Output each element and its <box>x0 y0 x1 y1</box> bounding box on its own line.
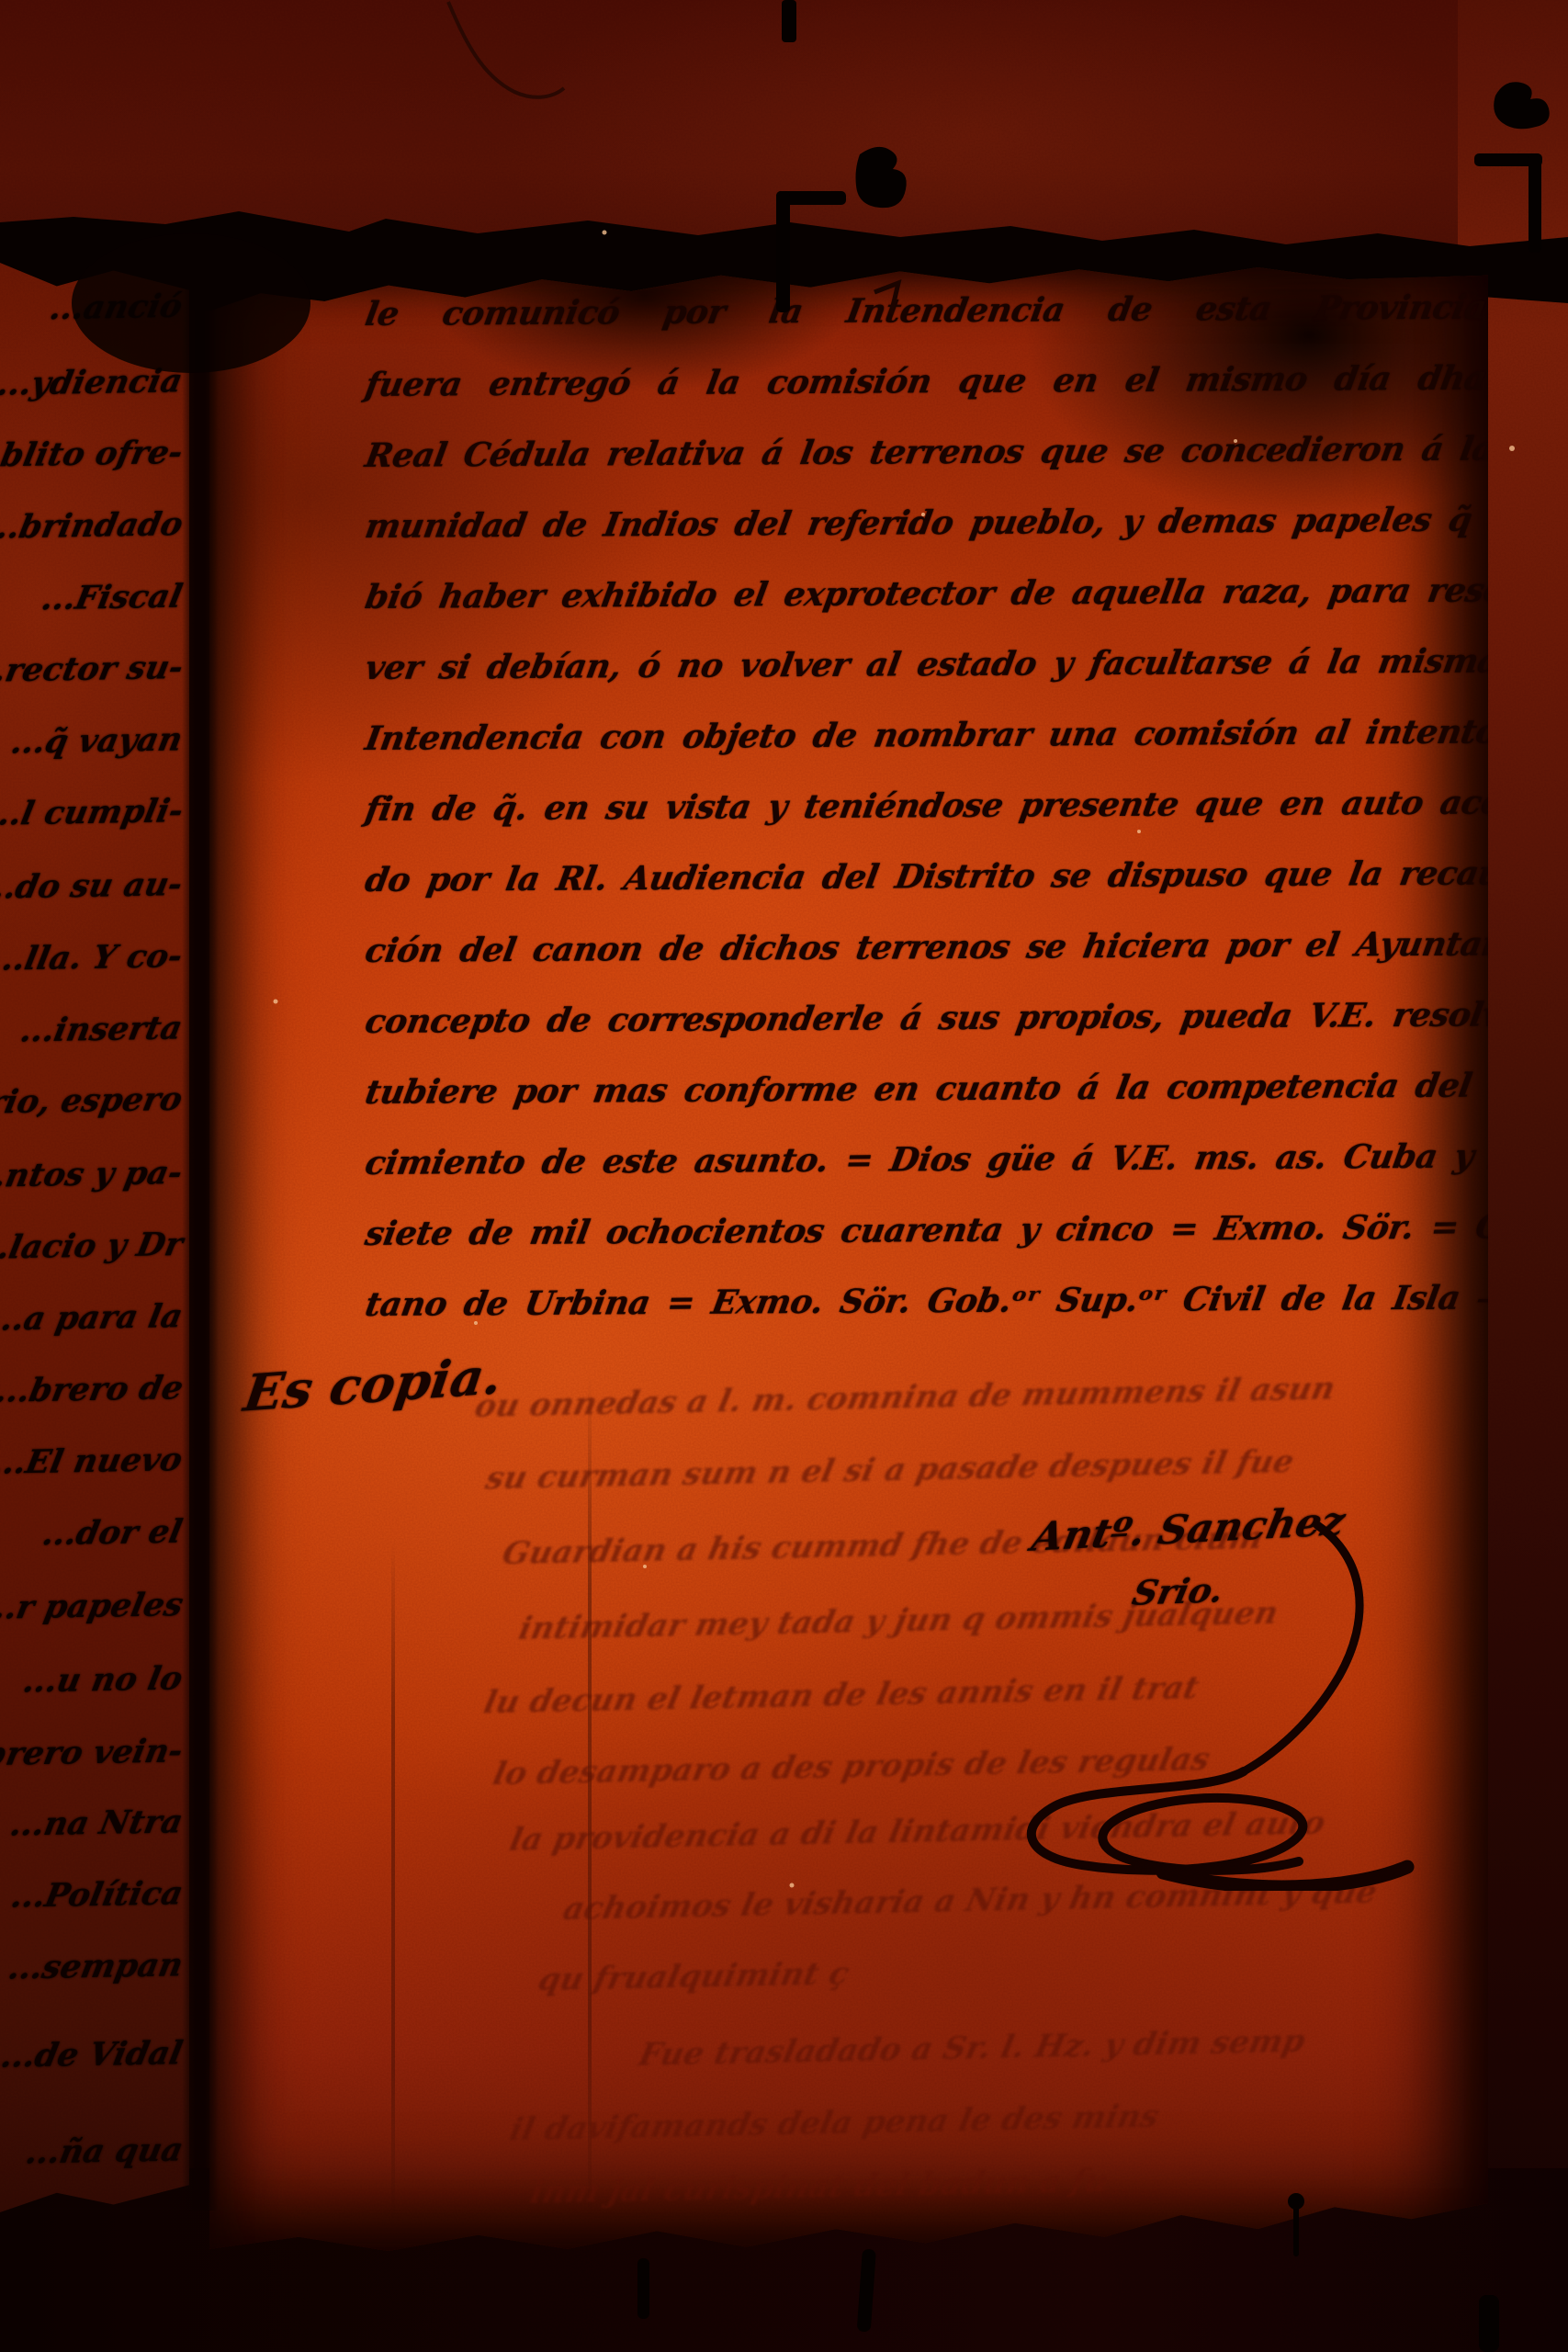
bleed-through-line: inm jal curispinat del badun a fu <box>527 2158 1310 2211</box>
previous-page-line-fragment: ...blito ofre- <box>0 434 186 475</box>
previous-page-line-fragment: ...rector su- <box>0 649 186 690</box>
manuscript-line: cimiento de este asunto. = Dios güe á V.… <box>359 1122 1491 1199</box>
manuscript-photograph: ...anció...ydiencia...blito ofre-...brin… <box>0 0 1568 2352</box>
previous-page-line-fragment: ...rio, espero <box>0 1080 186 1122</box>
previous-page-line-fragment: ...de Vidal <box>0 2034 186 2075</box>
previous-page-line-fragment: ...a para la <box>0 1297 186 1339</box>
manuscript-line: do por la Rl. Audiencia del Distrito se … <box>359 839 1491 916</box>
previous-page-line-fragment: ...anció <box>47 288 186 327</box>
page-crease <box>391 1542 395 2240</box>
manuscript-line: siete de mil ochocientos cuarenta y cinc… <box>359 1193 1491 1270</box>
bleed-through-line: qu frualquimint ç <box>535 1949 1189 1999</box>
manuscript-line: Intendencia con objeto de nombrar una co… <box>359 697 1491 775</box>
previous-page-line-fragment: ...Fiscal <box>39 578 186 618</box>
previous-page-line-fragment: ...dor el <box>39 1513 186 1554</box>
manuscript-line: ción del canon de dichos terrenos se hic… <box>359 910 1491 987</box>
manuscript-line: munidad de Indios del referido pueblo, y… <box>359 485 1491 562</box>
previous-page-line-fragment: ...r papeles <box>0 1586 186 1627</box>
manuscript-line: bió haber exhibido el exprotector de aqu… <box>359 556 1491 633</box>
previous-page-line-fragment: ...lla. Y co- <box>0 937 186 978</box>
bleed-through-line: ou onnedas a l. m. comnina de mummens il… <box>471 1368 1457 1425</box>
previous-page-line-fragment: ...Febrero vein- <box>0 1732 186 1774</box>
manuscript-line: Real Cédula relativa á los terrenos que … <box>359 414 1491 492</box>
manuscript-line: concepto de corresponderle á sus propios… <box>359 980 1491 1057</box>
previous-page-line-fragment: ...inserta <box>17 1009 186 1049</box>
previous-page-line-fragment: ...do su au- <box>0 865 186 907</box>
manuscript-line: fuera entregó á la comisión que en el mi… <box>359 344 1491 421</box>
page-gutter-shadow <box>182 263 219 2211</box>
previous-page-line-fragment: ...na Ntra <box>7 1803 186 1843</box>
manuscript-line: fin de q̃. en su vista y teniéndose pres… <box>359 768 1491 845</box>
previous-page-line-fragment: ...u no lo <box>20 1660 186 1701</box>
signature-rubric <box>933 1477 1448 1891</box>
previous-page-line-fragment: ...q̃ vayan <box>8 720 186 761</box>
bleed-through-line: il davifamands dela pena le des mins <box>506 2093 1437 2149</box>
previous-page-line-fragment: ...ntos y pa- <box>0 1154 186 1195</box>
previous-page-edge: ...anció...ydiencia...blito ofre-...brin… <box>0 263 189 2212</box>
previous-page-line-fragment: ...ydiencia <box>0 362 186 402</box>
previous-page-line-fragment: ...sempan <box>5 1946 186 1986</box>
manuscript-line: tubiere por mas conforme en cuanto á la … <box>359 1051 1491 1128</box>
previous-page-line-fragment: ...brero de <box>0 1369 186 1410</box>
bleed-through-line: Fue trasladado a Sr. l. Hz. y dim semp <box>636 2020 1437 2074</box>
previous-page-line-fragment: ...ña qua <box>22 2131 186 2172</box>
manuscript-page: le comunicó por la Intendencia de esta P… <box>209 255 1488 2251</box>
manuscript-line: le comunicó por la Intendencia de esta P… <box>359 273 1491 350</box>
previous-page-line-fragment: ...brindado <box>0 505 186 547</box>
manuscript-line: tano de Urbina = Exmo. Sör. Gob.ᵒʳ Sup.ᵒ… <box>359 1263 1491 1340</box>
es-copia-note: Es copia. <box>241 1345 506 1422</box>
previous-page-line-fragment: ...l cumpli- <box>0 792 186 833</box>
previous-page-line-fragment: ...lacio y Dr <box>0 1226 186 1267</box>
previous-page-line-fragment: ...Política <box>7 1874 186 1915</box>
manuscript-line: ver si debían, ó no volver al estado y f… <box>359 627 1491 704</box>
previous-page-line-fragment: ...El nuevo <box>0 1441 186 1482</box>
letter-body: le comunicó por la Intendencia de esta P… <box>366 279 1484 1340</box>
